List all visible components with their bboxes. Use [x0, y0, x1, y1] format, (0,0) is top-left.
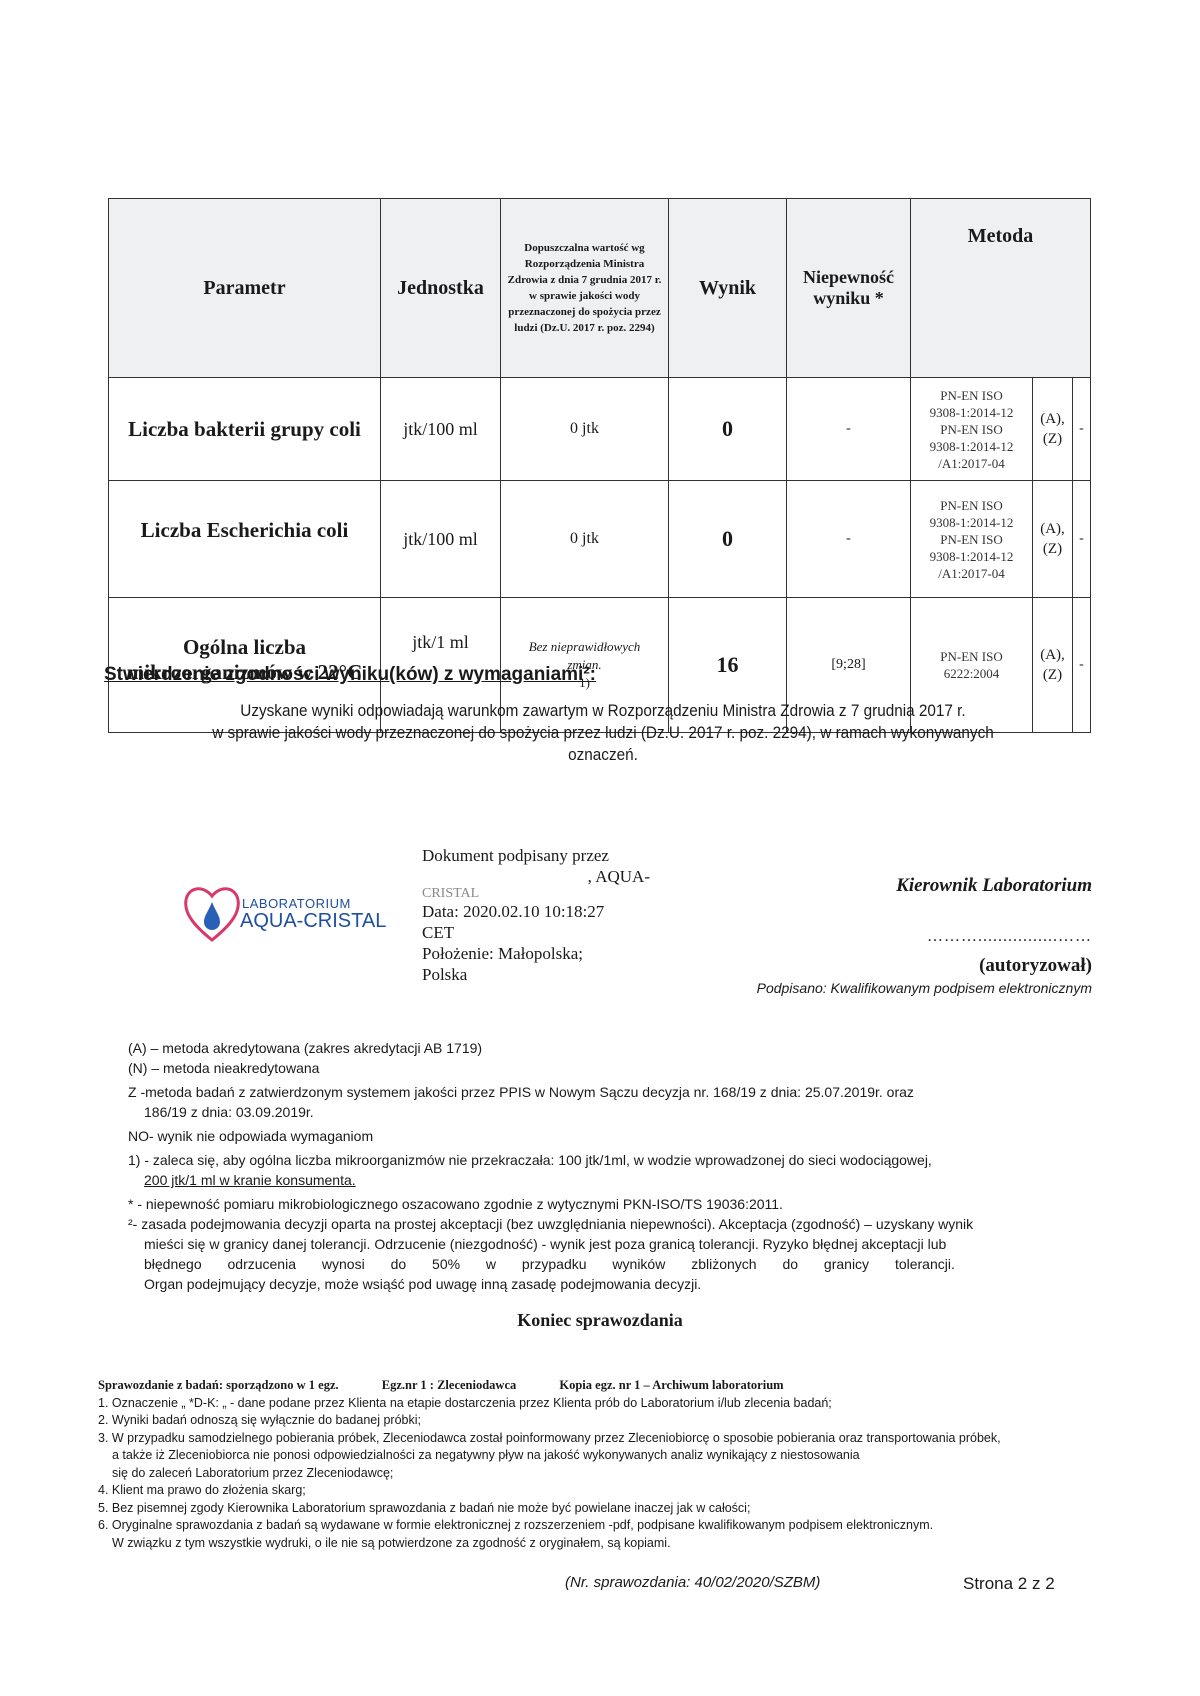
- signed-note: Podpisano: Kwalifikowanym podpisem elekt…: [757, 980, 1092, 996]
- legend-notes: (A) – metoda akredytowana (zakres akredy…: [128, 1038, 1088, 1294]
- flag: (Z): [1037, 429, 1068, 449]
- report-number: (Nr. sprawozdania: 40/02/2020/SZBM): [565, 1574, 820, 1591]
- method-line: 9308-1:2014-12: [915, 438, 1028, 455]
- header-allowed: Dopuszczalna wartość wg Rozporządzenia M…: [501, 199, 669, 378]
- method-line: PN-EN ISO: [915, 531, 1028, 548]
- flag: (Z): [1037, 539, 1068, 559]
- footer-item: W związku z tym wszystkie wydruki, o ile…: [98, 1535, 1088, 1553]
- note: (A) – metoda akredytowana (zakres akredy…: [128, 1038, 1088, 1058]
- method-line: /A1:2017-04: [915, 565, 1028, 582]
- flag: (Z): [1037, 665, 1068, 685]
- footer-item: 4. Klient ma prawo do złożenia skarg;: [98, 1482, 1088, 1500]
- method-line: PN-EN ISO: [915, 421, 1028, 438]
- row-unit: jtk/100 ml: [381, 481, 501, 598]
- note: mieści się w granicy danej tolerancji. O…: [128, 1234, 1088, 1254]
- note: * - niepewność pomiaru mikrobiologiczneg…: [128, 1194, 1088, 1214]
- flag: (A),: [1037, 645, 1068, 665]
- manager-title: Kierownik Laboratorium: [896, 875, 1092, 897]
- method-line: PN-EN ISO: [915, 387, 1028, 404]
- authorized-label: (autoryzował): [979, 955, 1092, 977]
- row-flags: (A), (Z): [1033, 378, 1073, 481]
- signature-line: Dokument podpisany przez: [422, 845, 662, 866]
- row-result: 0: [669, 481, 787, 598]
- logo-subtitle: Laboratorium: [242, 896, 351, 911]
- copy-archive: Kopia egz. nr 1 – Archiwum laboratorium: [559, 1378, 783, 1392]
- method-line: PN-EN ISO: [915, 648, 1028, 665]
- row-method: PN-EN ISO 9308-1:2014-12 PN-EN ISO 9308-…: [911, 378, 1033, 481]
- conformity-statement: Uzyskane wyniki odpowiadają warunkom zaw…: [108, 700, 1098, 766]
- note: NO- wynik nie odpowiada wymaganiom: [128, 1126, 1088, 1146]
- footer-item: 6. Oryginalne sprawozdania z badań są wy…: [98, 1517, 1088, 1535]
- footer-item: a także iż Zleceniobiorca nie ponosi odp…: [98, 1447, 1088, 1465]
- flag: (A),: [1037, 519, 1068, 539]
- note: 186/19 z dnia: 03.09.2019r.: [128, 1102, 1088, 1122]
- results-table: Parametr Jednostka Dopuszczalna wartość …: [108, 198, 1091, 733]
- note: 200 jtk/1 ml w kranie konsumenta.: [128, 1170, 1088, 1190]
- signature-date: Data: 2020.02.10 10:18:27: [422, 901, 662, 922]
- footer-notes: Sprawozdanie z badań: sporządzono w 1 eg…: [98, 1377, 1088, 1552]
- conformity-line: Uzyskane wyniki odpowiadają warunkom zaw…: [108, 700, 1098, 722]
- digital-signature-block: Dokument podpisany przez , AQUA- CRISTAL…: [422, 845, 662, 985]
- footer-item: się do zaleceń Laboratorium przez Zlecen…: [98, 1465, 1088, 1483]
- heart-drop-icon: [182, 880, 242, 946]
- conformity-line: w sprawie jakości wody przeznaczonej do …: [108, 722, 1098, 744]
- row-allowed: 0 jtk: [501, 481, 669, 598]
- footer-item: 3. W przypadku samodzielnego pobierania …: [98, 1430, 1088, 1448]
- signature-line: CRISTAL: [422, 887, 662, 901]
- table-row: Liczba bakterii grupy coli jtk/100 ml 0 …: [109, 378, 1091, 481]
- row-parameter: Liczba Escherichia coli: [109, 481, 381, 598]
- signature-line: Polska: [422, 964, 662, 985]
- row-allowed: 0 jtk: [501, 378, 669, 481]
- row-parameter: Liczba bakterii grupy coli: [109, 378, 381, 481]
- note: Z -metoda badań z zatwierdzonym systemem…: [128, 1082, 1088, 1102]
- row-extra: -: [1073, 481, 1091, 598]
- row-extra: -: [1073, 378, 1091, 481]
- signature-line: , AQUA-: [422, 866, 662, 887]
- note: (N) – metoda nieakredytowana: [128, 1058, 1088, 1078]
- footer-item: 2. Wyniki badań odnoszą się wyłącznie do…: [98, 1412, 1088, 1430]
- header-parameter: Parametr: [109, 199, 381, 378]
- note: ²- zasada podejmowania decyzji oparta na…: [128, 1214, 1088, 1234]
- method-line: 9308-1:2014-12: [915, 404, 1028, 421]
- row-method: PN-EN ISO 9308-1:2014-12 PN-EN ISO 9308-…: [911, 481, 1033, 598]
- table-row: Liczba Escherichia coli jtk/100 ml 0 jtk…: [109, 481, 1091, 598]
- signature-line: CET: [422, 922, 662, 943]
- lab-logo: Laboratorium AQUA-CRISTAL: [182, 880, 412, 950]
- method-line: 6222:2004: [915, 665, 1028, 682]
- conformity-line: oznaczeń.: [108, 744, 1098, 766]
- allowed-line: Bez nieprawidłowych: [505, 638, 664, 656]
- footer-item: 1. Oznaczenie „ *D-K: „ - dane podane pr…: [98, 1395, 1088, 1413]
- conformity-title: Stwierdzenie zgodności wyniku(ków) z wym…: [104, 664, 596, 686]
- logo-name: AQUA-CRISTAL: [240, 910, 386, 933]
- method-line: 9308-1:2014-12: [915, 548, 1028, 565]
- row-flags: (A), (Z): [1033, 481, 1073, 598]
- end-of-report: Koniec sprawozdania: [0, 1310, 1200, 1331]
- note: 1) - zaleca się, aby ogólna liczba mikro…: [128, 1150, 1088, 1170]
- header-result: Wynik: [669, 199, 787, 378]
- note: Organ podejmujący decyzje, może wsiąść p…: [128, 1274, 1088, 1294]
- note: błędnego odrzucenia wynosi do 50% w przy…: [128, 1254, 1088, 1274]
- signature-dots: ………................……: [927, 928, 1092, 946]
- signature-location: Położenie: Małopolska;: [422, 943, 662, 964]
- header-unit: Jednostka: [381, 199, 501, 378]
- header-uncertainty: Niepewność wyniku *: [787, 199, 911, 378]
- footer-head: Sprawozdanie z badań: sporządzono w 1 eg…: [98, 1377, 1088, 1395]
- copies-note: Sprawozdanie z badań: sporządzono w 1 eg…: [98, 1378, 339, 1392]
- table-header-row: Parametr Jednostka Dopuszczalna wartość …: [109, 199, 1091, 378]
- header-method: Metoda: [911, 199, 1091, 378]
- method-line: /A1:2017-04: [915, 455, 1028, 472]
- row-result: 0: [669, 378, 787, 481]
- row-unit: jtk/100 ml: [381, 378, 501, 481]
- copy-recipient: Egz.nr 1 : Zleceniodawca: [382, 1378, 516, 1392]
- flag: (A),: [1037, 409, 1068, 429]
- method-line: PN-EN ISO: [915, 497, 1028, 514]
- row-uncertainty: -: [787, 481, 911, 598]
- row-uncertainty: -: [787, 378, 911, 481]
- page-number: Strona 2 z 2: [963, 1574, 1055, 1594]
- footer-item: 5. Bez pisemnej zgody Kierownika Laborat…: [98, 1500, 1088, 1518]
- method-line: 9308-1:2014-12: [915, 514, 1028, 531]
